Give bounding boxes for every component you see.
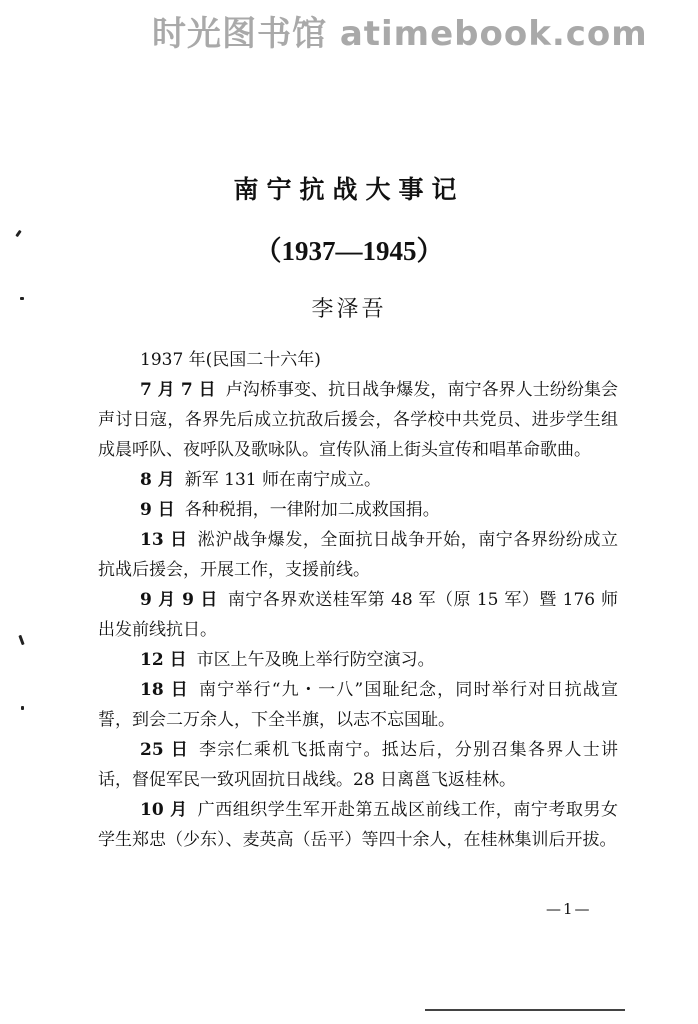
- document-title: 南宁抗战大事记: [0, 170, 698, 206]
- entry: 10 月广西组织学生军开赴第五战区前线工作，南宁考取男女学生郑忠（少东）、麦英高…: [98, 795, 618, 855]
- entry-date: 7 月 7 日: [140, 380, 216, 400]
- entry-date: 12 日: [140, 650, 187, 670]
- document-author: 李泽吾: [0, 292, 698, 323]
- page-number: —1—: [546, 900, 592, 918]
- entry: 12 日市区上午及晚上举行防空演习。: [98, 645, 618, 675]
- document-subtitle: （1937—1945）: [0, 229, 698, 268]
- scan-speck: [21, 706, 24, 710]
- entry: 9 日各种税捐，一律附加二成救国捐。: [98, 495, 618, 525]
- entry-date: 10 月: [140, 800, 188, 820]
- entry-text: 各种税捐，一律附加二成救国捐。: [185, 500, 440, 520]
- entry-date: 25 日: [140, 740, 189, 760]
- scan-speck: [20, 297, 24, 300]
- entry-date: 9 日: [140, 500, 175, 520]
- bottom-rule: [425, 1009, 625, 1011]
- document-body: 1937 年(民国二十六年) 7 月 7 日卢沟桥事变、抗日战争爆发，南宁各界人…: [98, 345, 618, 855]
- entry: 8 月新军 131 师在南宁成立。: [98, 465, 618, 495]
- entry: 9 月 9 日南宁各界欢送桂军第 48 军（原 15 军）暨 176 师出发前线…: [98, 585, 618, 645]
- entry: 7 月 7 日卢沟桥事变、抗日战争爆发，南宁各界人士纷纷集会声讨日寇，各界先后成…: [98, 375, 618, 465]
- year-heading: 1937 年(民国二十六年): [98, 345, 618, 375]
- entry: 25 日李宗仁乘机飞抵南宁。抵达后，分别召集各界人士讲话，督促军民一致巩固抗日战…: [98, 735, 618, 795]
- entry: 13 日淞沪战争爆发，全面抗日战争开始，南宁各界纷纷成立抗战后援会，开展工作，支…: [98, 525, 618, 585]
- entry-date: 13 日: [140, 530, 188, 550]
- entry-text: 市区上午及晚上举行防空演习。: [197, 650, 435, 670]
- entry-date: 8 月: [140, 470, 175, 490]
- watermark: 时光图书馆 atimebook.com: [152, 6, 648, 55]
- entry-date: 18 日: [140, 680, 189, 700]
- entry-date: 9 月 9 日: [140, 590, 218, 610]
- entry: 18 日南宁举行“九・一八”国耻纪念，同时举行对日抗战宣誓，到会二万余人，下全半…: [98, 675, 618, 735]
- entry-text: 新军 131 师在南宁成立。: [185, 470, 381, 490]
- scan-speck: [18, 635, 24, 645]
